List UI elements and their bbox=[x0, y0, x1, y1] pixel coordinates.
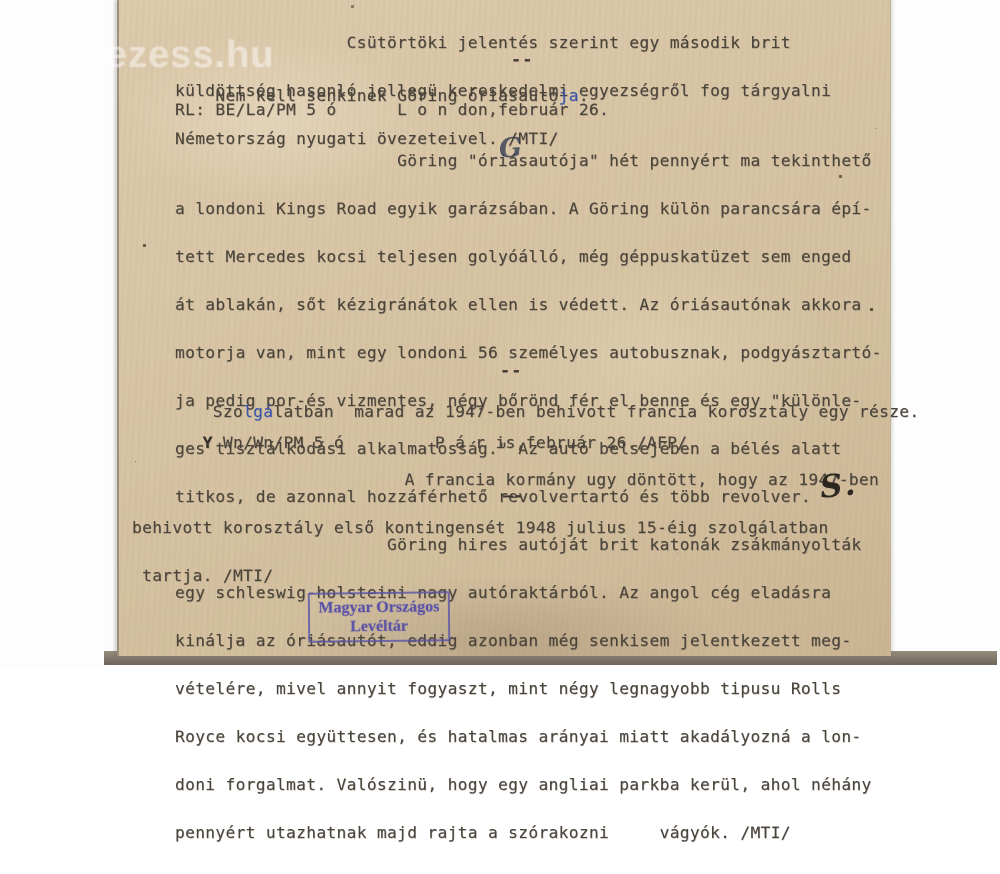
typewritten-line: tartja. /MTI/ bbox=[132, 568, 879, 584]
stamp-line: Magyar Országos bbox=[318, 597, 439, 617]
section-separator: —- bbox=[503, 486, 523, 506]
archive-stamp: Magyar Országos Levéltár bbox=[308, 591, 451, 642]
handwritten-signature: S. bbox=[818, 466, 860, 506]
typewritten-line: behivott korosztály első kontingensét 19… bbox=[132, 520, 879, 536]
typewritten-line: át ablakán, sőt kézigránátok ellen is vé… bbox=[175, 297, 882, 313]
article-france-body: A francia kormány ugy döntött, hogy az 1… bbox=[132, 440, 879, 616]
section-separator: -- bbox=[511, 50, 533, 70]
typewritten-line: motorja van, mint egy londoni 56 személy… bbox=[175, 345, 882, 361]
typewritten-line: a londoni Kings Road egyik garázsában. A… bbox=[175, 201, 882, 217]
scan-background: Csütörtöki jelentés szerint egy második … bbox=[0, 0, 1000, 667]
handwritten-overwrite-g: G bbox=[498, 132, 523, 165]
section-separator: -- bbox=[500, 361, 522, 381]
article-goring-dateline: RL: BE/La/PM 5 ó L o n don,február 26. bbox=[175, 102, 609, 118]
stamp-line: Levéltár bbox=[350, 617, 408, 637]
paper-speckles bbox=[119, 0, 120, 1]
typewritten-line: tett Mercedes kocsi teljesen golyóálló, … bbox=[175, 249, 882, 265]
typewritten-line: Göring "óriásautója" hét pennyért ma tek… bbox=[175, 153, 882, 169]
typewritten-line: kinálja az óriásautót, eddig azonban még… bbox=[175, 633, 882, 649]
typewritten-line: Csütörtöki jelentés szerint egy második … bbox=[175, 35, 831, 51]
